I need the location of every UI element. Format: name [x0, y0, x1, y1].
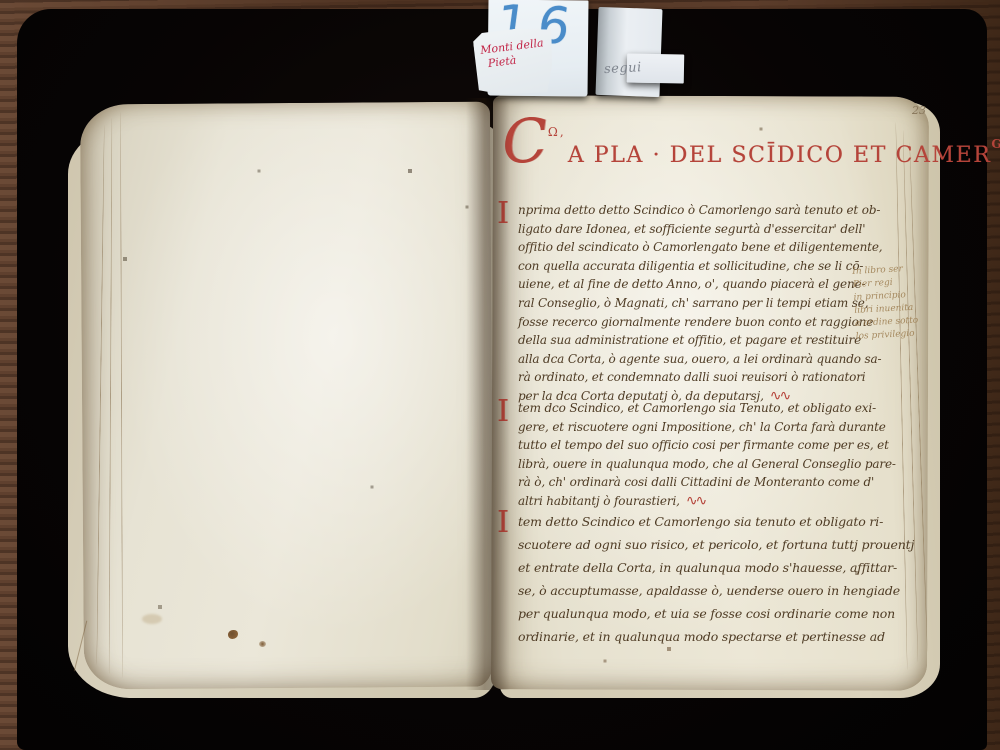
left-blank-page: [80, 102, 494, 690]
paragraph-lines: tem dco Scindico, et Camorlengo sia Tenu…: [518, 399, 918, 511]
marginal-note: In libro serPier regiin principiolibri i…: [852, 262, 928, 344]
gutter-shadow: [466, 98, 510, 690]
manuscript-paragraph-3: I tem detto Scindico et Camorlengo sia t…: [518, 510, 918, 648]
paper-stain: [142, 614, 162, 624]
archival-slip-blank: [595, 7, 662, 97]
manuscript-line: librà, ouere in qualunqua modo, che al G…: [518, 455, 918, 474]
rubricated-title: C Ω, A PLA · DEL SCĪDICO ET CAMER GO ': [502, 118, 1000, 168]
manuscript-line: tutto el tempo del suo officio cosi per …: [518, 436, 918, 455]
manuscript-line: alla dca Corta, ò agente sua, ouero, a l…: [518, 350, 918, 369]
manuscript-line: tem dco Scindico, et Camorlengo sia Tenu…: [518, 399, 918, 418]
manuscript-line: et entrate della Corta, in qualunqua mod…: [518, 556, 918, 579]
title-superscript: GO: [991, 137, 1000, 151]
folio-number: 23: [912, 104, 926, 117]
photo-stage: 23 C Ω, A PLA · DEL SCĪDICO ET CAMER GO …: [0, 0, 1000, 750]
manuscript-line: rà ordinato, et condemnato dalli suoi re…: [518, 368, 918, 387]
paragraph-lines: tem detto Scindico et Camorlengo sia ten…: [518, 510, 918, 648]
manuscript-paragraph-2: I tem dco Scindico, et Camorlengo sia Te…: [518, 399, 918, 511]
manuscript-line: se, ò accuptumasse, apaldasse ò, uenders…: [518, 579, 918, 602]
red-flourish: ∿∿: [680, 493, 705, 509]
manuscript-line: tem detto Scindico et Camorlengo sia ten…: [518, 510, 918, 533]
abbreviation-mark: Ω,: [548, 125, 566, 139]
manuscript-line: rà ò, ch' ordinarà cosi dalli Cittadini …: [518, 473, 918, 492]
paper-specks: [0, 0, 2, 2]
manuscript-line: gere, et riscuotere ogni Impositione, ch…: [518, 418, 918, 437]
manuscript-line: scuotere ad ogni suo risico, et pericolo…: [518, 533, 918, 556]
manuscript-line: nprima detto detto Scindico ò Camorlengo…: [518, 201, 918, 220]
manuscript-line: altri habitantj ò fourastieri,∿∿: [518, 492, 918, 511]
manuscript-line: ligato dare Idonea, et sofficiente segur…: [518, 220, 918, 239]
manuscript-line: offitio del scindicato ò Camorlengato be…: [518, 238, 918, 257]
ink-stain: [259, 641, 266, 647]
title-text: A PLA · DEL SCĪDICO ET CAMER: [568, 143, 992, 168]
manuscript-line: ordinarie, et in qualunqua modo spectars…: [518, 625, 918, 648]
manuscript-line: per qualunqua modo, et uia se fosse cosi…: [518, 602, 918, 625]
